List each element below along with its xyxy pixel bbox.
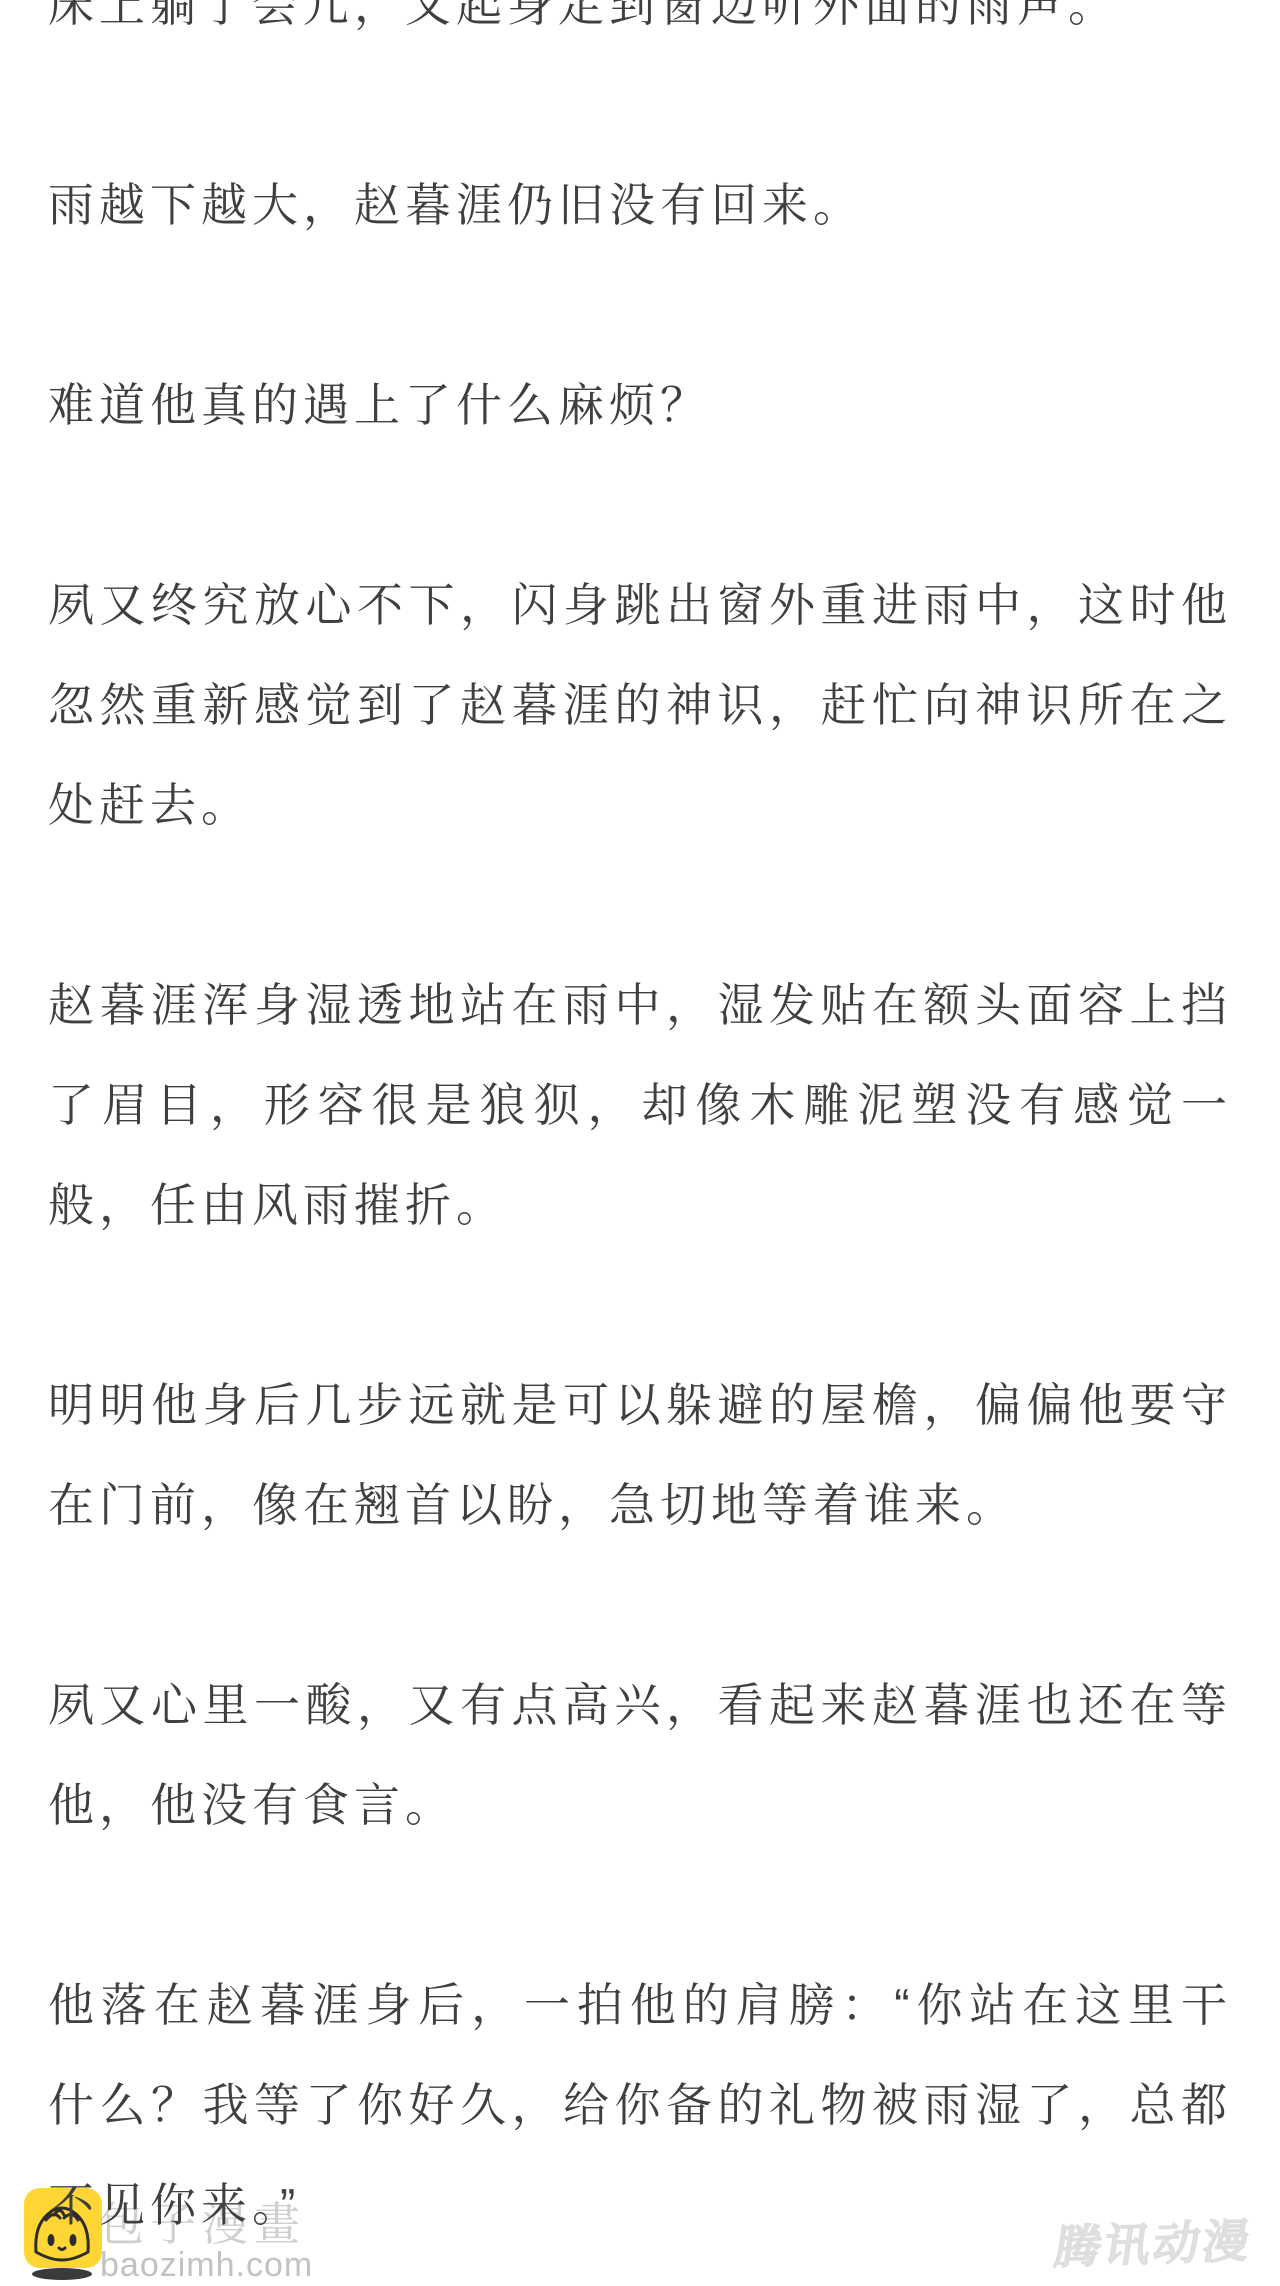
- paragraph: 赵暮涯浑身湿透地站在雨中，湿发贴在额头面容上挡了眉目，形容很是狼狈，却像木雕泥塑…: [48, 955, 1232, 1255]
- novel-text-content: 床上躺了会儿，又起身走到窗边听外面的雨声。 雨越下越大，赵暮涯仍旧没有回来。 难…: [0, 0, 1280, 2255]
- paragraph: 夙又终究放心不下，闪身跳出窗外重进雨中，这时他忽然重新感觉到了赵暮涯的神识，赶忙…: [48, 555, 1232, 855]
- novel-reader-page: 床上躺了会儿，又起身走到窗边听外面的雨声。 雨越下越大，赵暮涯仍旧没有回来。 难…: [0, 0, 1280, 2286]
- paragraph: 夙又心里一酸，又有点高兴，看起来赵暮涯也还在等他，他没有食言。: [48, 1655, 1232, 1855]
- paragraph: 他落在赵暮涯身后，一拍他的肩膀：“你站在这里干什么？我等了你好久，给你备的礼物被…: [48, 1955, 1232, 2255]
- paragraph-clipped-top: 床上躺了会儿，又起身走到窗边听外面的雨声。: [48, 0, 1232, 55]
- paragraph: 难道他真的遇上了什么麻烦？: [48, 355, 1232, 455]
- paragraph: 明明他身后几步远就是可以躲避的屋檐，偏偏他要守在门前，像在翘首以盼，急切地等着谁…: [48, 1355, 1232, 1555]
- paragraph: 雨越下越大，赵暮涯仍旧没有回来。: [48, 155, 1232, 255]
